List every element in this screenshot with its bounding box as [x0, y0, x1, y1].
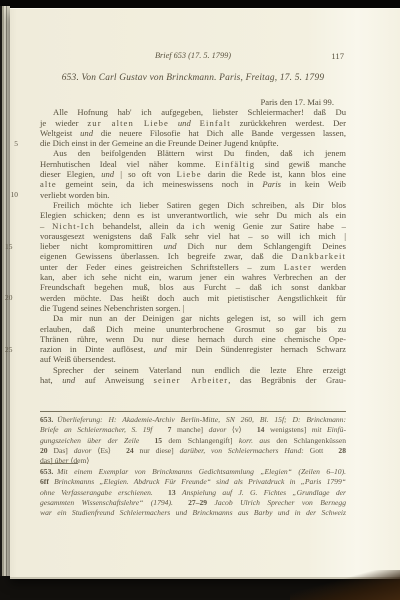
text-line: Freilich möchte ich lieber Satiren gegen…	[40, 200, 346, 210]
text-line: war ein Studienfreund Schleiermachers un…	[40, 508, 346, 518]
text-line: 15lieber nicht kompromittiren und Dich n…	[40, 241, 346, 251]
text-segment: Gott	[304, 446, 323, 455]
text-segment: sind gewiß manche	[255, 159, 346, 169]
text-segment: je wieder	[40, 118, 87, 128]
text-segment: wenig Genie zur Satire habe –	[206, 221, 346, 231]
text-segment: kan, aber ich sehe nicht ein, warum jene…	[40, 272, 346, 282]
text-segment: den Schlangenküssen	[270, 436, 346, 445]
line-number: 15	[5, 242, 18, 252]
text-segment: 13	[168, 488, 176, 497]
text-segment: Jacob Ulrich Sprecher von Bernegg	[215, 498, 347, 507]
text-segment: Freundschaft begehen muß, blos aus Furch…	[40, 282, 346, 292]
text-segment: Briefe an Schleiermacher, S. 19f	[40, 425, 152, 434]
text-segment: Hernhutischen Ideal viel näher komme.	[40, 159, 215, 169]
text-line: Elegien schicken; denn es ist unverantwo…	[40, 210, 346, 220]
text-segment: Paris den 17. Mai 99.	[260, 97, 334, 107]
text-segment: Anspielung auf J. G. Fichtes „Grundlage …	[182, 488, 346, 497]
commentary-rule	[40, 463, 78, 464]
text-line: – Nicht-Ich behandelst, allein da ich we…	[40, 221, 346, 231]
text-segment: –	[40, 221, 52, 231]
text-segment: Mit einem Exemplar von Brinckmanns Gedic…	[57, 467, 346, 476]
text-segment: hat,	[40, 375, 62, 385]
text-segment: behandelst, allein da	[95, 221, 192, 231]
text-segment: Da mir nun an der Deinigen gar nichts ge…	[53, 313, 346, 323]
text-segment: in kein Weib	[281, 179, 346, 189]
text-segment: gungszeichen über der Zeile	[40, 436, 139, 445]
letter-body: Paris den 17. Mai 99.Alle Hofnung hab' i…	[40, 97, 346, 385]
text-segment: Sprecher der seinem Vaterland nun endlic…	[53, 365, 346, 375]
text-line: hat, und auf Anweisung seiner Arbeiter, …	[40, 375, 346, 385]
text-segment: Paris	[262, 179, 281, 189]
text-line: 653. Überlieferung: H: Akademie-Archiv B…	[40, 415, 346, 425]
line-number: 25	[5, 345, 18, 355]
text-segment: und	[101, 169, 114, 179]
text-line: 6ff Brinckmanns „Elegien. Abdruck Für Fr…	[40, 477, 346, 487]
text-line: gesammten Wissenschaftslehre“ (1794). 27…	[40, 498, 346, 508]
text-segment: Dich nur dem Schlangengift Deines	[177, 241, 346, 251]
text-segment: und	[80, 128, 93, 138]
text-line: 653. Mit einem Exemplar von Brinckmanns …	[40, 467, 346, 477]
text-segment: lieber nicht kompromittiren	[40, 241, 164, 251]
book-cover-corner	[290, 570, 400, 600]
text-segment: Thränen rühre, wenn Du nur diese hernach…	[40, 334, 346, 344]
text-segment: ⟨Es⟩	[91, 446, 110, 455]
line-number: 10	[5, 190, 18, 200]
text-segment: nur diese]	[134, 446, 180, 455]
text-segment: 27–29	[188, 498, 207, 507]
text-segment: , das Begräbnis der Grau-	[228, 375, 346, 385]
text-segment: Liebe	[177, 169, 202, 179]
text-line: alte gemeint sein, da ich meineswissens …	[40, 179, 346, 189]
text-line: Weltgeist und die neuere Filosofie hat D…	[40, 128, 346, 138]
text-segment: Das]	[48, 446, 74, 455]
book-page: Brief 653 (17. 5. 1799) 117 653. Von Car…	[10, 8, 400, 577]
text-segment	[173, 498, 188, 507]
text-segment: zurückkehren werdest. Der	[231, 118, 346, 128]
text-segment: die neuere Filosofie hat Dich alle Bande…	[93, 128, 346, 138]
text-segment: 24	[126, 446, 134, 455]
text-segment: Freilich möchte ich lieber Satiren gegen…	[53, 200, 346, 210]
text-segment: war ein Studienfreund Schleiermachers un…	[40, 508, 346, 517]
text-segment: unter der Feder eines geistreichen Schri…	[40, 262, 284, 272]
line-number: 20	[5, 293, 18, 303]
text-segment: 6ff	[40, 477, 49, 486]
text-line: Paris den 17. Mai 99.	[40, 97, 346, 107]
text-line: Aus den beifolgenden Blättern wirst Du f…	[40, 148, 346, 158]
text-line: 25razion in Dinte auflösest, und mir Dei…	[40, 344, 346, 354]
running-header: Brief 653 (17. 5. 1799) 117	[40, 51, 346, 63]
text-segment: Weltgeist	[40, 128, 80, 138]
text-segment: und	[164, 241, 177, 251]
text-segment: korr. aus	[239, 436, 270, 445]
text-line: eigenen Gewissens überlassen. Ich begrei…	[40, 251, 346, 261]
text-segment: wenigstens]	[264, 425, 311, 434]
text-line: kan, aber ich sehe nicht ein, warum jene…	[40, 272, 346, 282]
book-photo: Brief 653 (17. 5. 1799) 117 653. Von Car…	[0, 0, 400, 600]
text-segment: gesammten Wissenschaftslehre“ (1794).	[40, 498, 173, 507]
apparatus-rule	[40, 411, 346, 412]
text-segment: dieser Elegien,	[40, 169, 101, 179]
text-segment: 28	[338, 446, 346, 455]
text-segment: und	[178, 118, 191, 128]
text-segment	[153, 488, 168, 497]
text-segment: razion in Dinte auflösest,	[40, 344, 154, 354]
text-segment: werden möchte. Das heißt doch auch mit p…	[40, 293, 346, 303]
text-line: Alle Hofnung hab' ich aufgegeben, liebst…	[40, 107, 346, 117]
text-segment: Brinckmanns „Elegien. Abdruck Für Freund…	[54, 477, 346, 486]
text-segment: mir Dein Sündenregister hernach Schwarz	[167, 344, 346, 354]
text-segment	[152, 425, 167, 434]
running-title: Brief 653 (17. 5. 1799)	[40, 51, 346, 60]
text-line: dieser Elegien, und | so oft von Liebe d…	[40, 169, 346, 179]
text-segment: Laster	[284, 262, 312, 272]
text-line: Briefe an Schleiermacher, S. 19f 7 manch…	[40, 425, 346, 435]
text-segment: Alle Hofnung hab' ich aufgegeben, liebst…	[53, 107, 346, 117]
text-segment: alte	[40, 179, 57, 189]
text-line: unter der Feder eines geistreichen Schri…	[40, 262, 346, 272]
text-segment: ⟨v⟩	[226, 425, 241, 434]
text-segment: davor	[209, 425, 227, 434]
text-segment: Elegien schicken; denn es ist unverantwo…	[40, 210, 346, 220]
text-line: das] über ⟨dem⟩	[40, 456, 346, 466]
text-segment	[191, 118, 200, 128]
text-line: gungszeichen über der Zeile 15 dem Schla…	[40, 436, 346, 446]
letter-heading: 653. Von Carl Gustav von Brinckmann. Par…	[34, 73, 352, 83]
text-segment: zur alten Liebe	[87, 118, 169, 128]
text-segment: | so oft von	[114, 169, 176, 179]
commentary-block: 653. Mit einem Exemplar von Brinckmanns …	[40, 467, 346, 518]
text-segment: Überlieferung: H: Akademie-Archiv Berlin…	[57, 415, 346, 424]
text-segment: Einfalt	[200, 118, 231, 128]
text-line: je wieder zur alten Liebe und Einfalt zu…	[40, 118, 346, 128]
text-segment: Dankbarkeit	[291, 251, 346, 261]
text-segment: Nicht-Ich	[52, 221, 95, 231]
text-segment: seiner Arbeiter	[154, 375, 229, 385]
text-segment: eigenen Gewissens überlassen. Ich begrei…	[40, 251, 291, 261]
text-line: 10verliebt worden bin.	[40, 190, 346, 200]
text-line: Hernhutischen Ideal viel näher komme. Ei…	[40, 159, 346, 169]
text-segment	[139, 436, 154, 445]
text-segment: und	[62, 375, 75, 385]
text-segment: darin die Rede ist, kann blos eine	[202, 169, 346, 179]
text-segment: und	[154, 344, 167, 354]
text-segment: erlauben, daß Dich meine ununterbrochene…	[40, 324, 346, 334]
text-segment: Einfältig	[215, 159, 255, 169]
text-segment: 20	[40, 446, 48, 455]
text-segment: mit Einfü-	[312, 425, 346, 434]
text-segment: vorausgesezt wenigstens daß Falk sehr vi…	[40, 231, 346, 241]
text-segment: ich	[192, 221, 206, 231]
text-line: vorausgesezt wenigstens daß Falk sehr vi…	[40, 231, 346, 241]
text-segment: 15	[154, 436, 162, 445]
text-segment: die Tugend seines Nebenchristen sorgen. …	[40, 303, 184, 313]
text-line: die Tugend seines Nebenchristen sorgen. …	[40, 303, 346, 313]
text-segment: dem Schlangengift]	[162, 436, 239, 445]
page-number: 117	[331, 51, 344, 61]
text-segment: auf Anweisung	[75, 375, 153, 385]
text-segment: manche]	[171, 425, 208, 434]
text-segment	[242, 425, 257, 434]
text-segment: 653.	[40, 467, 53, 476]
text-line: 20werden möchte. Das heißt doch auch mit…	[40, 293, 346, 303]
text-segment: werden	[312, 262, 346, 272]
text-segment: auf Weiß übersendest.	[40, 354, 116, 364]
text-line: auf Weiß übersendest.	[40, 354, 346, 364]
text-line: Sprecher der seinem Vaterland nun endlic…	[40, 365, 346, 375]
text-segment: verliebt worden bin.	[40, 190, 109, 200]
text-segment	[323, 446, 338, 455]
text-line: erlauben, daß Dich meine ununterbrochene…	[40, 324, 346, 334]
text-line: ohne Verfasserangabe erschienen. 13 Ansp…	[40, 488, 346, 498]
text-segment: 653.	[40, 415, 53, 424]
text-segment: die Dich einst in der Gemeine an die Fre…	[40, 138, 279, 148]
text-segment	[169, 118, 178, 128]
text-segment: davor	[74, 446, 92, 455]
text-segment	[207, 498, 214, 507]
line-number: 5	[5, 139, 18, 149]
text-line: Freundschaft begehen muß, blos aus Furch…	[40, 282, 346, 292]
apparatus-block: 653. Überlieferung: H: Akademie-Archiv B…	[40, 415, 346, 466]
text-segment: ohne Verfasserangabe erschienen.	[40, 488, 153, 497]
page-edge-left	[0, 6, 10, 576]
text-segment: Aus den beifolgenden Blättern wirst Du f…	[53, 148, 346, 158]
text-segment: gemeint sein, da ich meineswissens noch …	[57, 179, 263, 189]
text-line: Thränen rühre, wenn Du nur diese hernach…	[40, 334, 346, 344]
text-line: 5die Dich einst in der Gemeine an die Fr…	[40, 138, 346, 148]
text-line: Da mir nun an der Deinigen gar nichts ge…	[40, 313, 346, 323]
text-line: 20 Das] davor ⟨Es⟩ 24 nur diese] darüber…	[40, 446, 346, 456]
text-segment: darüber, von Schleiermachers Hand:	[180, 446, 304, 455]
text-segment	[111, 446, 126, 455]
